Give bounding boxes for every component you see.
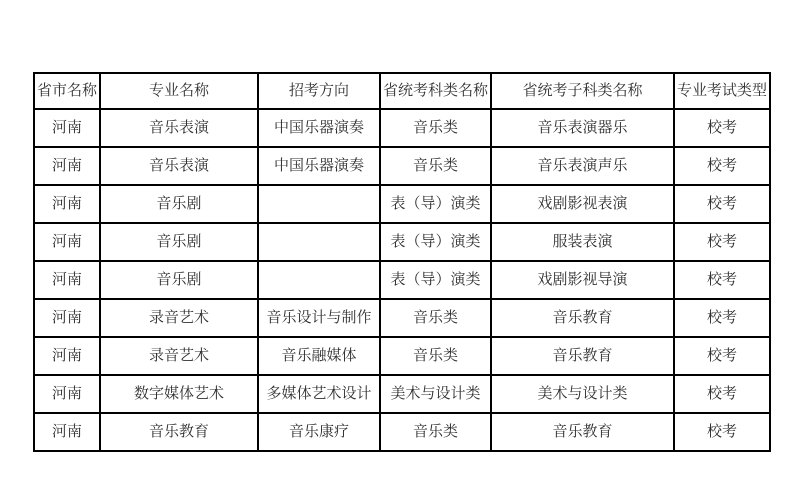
cell-category: 表（导）演类 (380, 185, 491, 223)
table-row: 河南 录音艺术 音乐融媒体 音乐类 音乐教育 校考 (34, 337, 770, 375)
table-row: 河南 音乐剧 表（导）演类 服装表演 校考 (34, 223, 770, 261)
cell-examtype: 校考 (674, 299, 770, 337)
cell-major: 音乐教育 (100, 413, 258, 451)
cell-examtype: 校考 (674, 261, 770, 299)
cell-examtype: 校考 (674, 337, 770, 375)
cell-major: 音乐表演 (100, 147, 258, 185)
cell-direction (258, 261, 380, 299)
cell-subcat: 音乐表演器乐 (491, 109, 674, 147)
cell-direction: 中国乐器演奏 (258, 147, 380, 185)
cell-major: 数字媒体艺术 (100, 375, 258, 413)
admission-exam-table: 省市名称 专业名称 招考方向 省统考科类名称 省统考子科类名称 专业考试类型 河… (33, 72, 771, 452)
cell-direction (258, 185, 380, 223)
cell-subcat: 戏剧影视表演 (491, 185, 674, 223)
cell-examtype: 校考 (674, 223, 770, 261)
cell-province: 河南 (34, 337, 100, 375)
header-cell-exam-subcategory: 省统考子科类名称 (491, 73, 674, 109)
cell-category: 表（导）演类 (380, 261, 491, 299)
cell-examtype: 校考 (674, 375, 770, 413)
document-page: { "page": { "background": "#ffffff" }, "… (0, 0, 794, 495)
cell-direction (258, 223, 380, 261)
cell-direction: 多媒体艺术设计 (258, 375, 380, 413)
cell-province: 河南 (34, 413, 100, 451)
table-row: 河南 音乐表演 中国乐器演奏 音乐类 音乐表演器乐 校考 (34, 109, 770, 147)
table-row: 河南 数字媒体艺术 多媒体艺术设计 美术与设计类 美术与设计类 校考 (34, 375, 770, 413)
table-row: 河南 音乐教育 音乐康疗 音乐类 音乐教育 校考 (34, 413, 770, 451)
table-row: 河南 音乐剧 表（导）演类 戏剧影视表演 校考 (34, 185, 770, 223)
table-row: 河南 录音艺术 音乐设计与制作 音乐类 音乐教育 校考 (34, 299, 770, 337)
cell-category: 音乐类 (380, 337, 491, 375)
cell-subcat: 音乐教育 (491, 299, 674, 337)
cell-examtype: 校考 (674, 185, 770, 223)
header-cell-province-name: 省市名称 (34, 73, 100, 109)
cell-subcat: 音乐教育 (491, 337, 674, 375)
cell-major: 音乐剧 (100, 185, 258, 223)
cell-category: 音乐类 (380, 413, 491, 451)
table-row: 河南 音乐表演 中国乐器演奏 音乐类 音乐表演声乐 校考 (34, 147, 770, 185)
cell-province: 河南 (34, 147, 100, 185)
cell-province: 河南 (34, 375, 100, 413)
cell-province: 河南 (34, 261, 100, 299)
header-cell-recruit-direction: 招考方向 (258, 73, 380, 109)
cell-major: 录音艺术 (100, 299, 258, 337)
cell-major: 音乐表演 (100, 109, 258, 147)
cell-category: 音乐类 (380, 109, 491, 147)
cell-examtype: 校考 (674, 147, 770, 185)
cell-major: 音乐剧 (100, 261, 258, 299)
cell-direction: 中国乐器演奏 (258, 109, 380, 147)
cell-province: 河南 (34, 299, 100, 337)
header-cell-exam-category: 省统考科类名称 (380, 73, 491, 109)
cell-major: 录音艺术 (100, 337, 258, 375)
cell-examtype: 校考 (674, 109, 770, 147)
cell-subcat: 美术与设计类 (491, 375, 674, 413)
header-cell-major-name: 专业名称 (100, 73, 258, 109)
cell-province: 河南 (34, 109, 100, 147)
cell-province: 河南 (34, 185, 100, 223)
cell-direction: 音乐康疗 (258, 413, 380, 451)
cell-category: 音乐类 (380, 147, 491, 185)
cell-province: 河南 (34, 223, 100, 261)
cell-category: 表（导）演类 (380, 223, 491, 261)
cell-subcat: 戏剧影视导演 (491, 261, 674, 299)
header-cell-exam-type: 专业考试类型 (674, 73, 770, 109)
cell-subcat: 服装表演 (491, 223, 674, 261)
cell-major: 音乐剧 (100, 223, 258, 261)
cell-subcat: 音乐表演声乐 (491, 147, 674, 185)
cell-direction: 音乐融媒体 (258, 337, 380, 375)
cell-direction: 音乐设计与制作 (258, 299, 380, 337)
table-row: 河南 音乐剧 表（导）演类 戏剧影视导演 校考 (34, 261, 770, 299)
cell-category: 音乐类 (380, 299, 491, 337)
cell-examtype: 校考 (674, 413, 770, 451)
cell-subcat: 音乐教育 (491, 413, 674, 451)
cell-category: 美术与设计类 (380, 375, 491, 413)
table-header-row: 省市名称 专业名称 招考方向 省统考科类名称 省统考子科类名称 专业考试类型 (34, 73, 770, 109)
